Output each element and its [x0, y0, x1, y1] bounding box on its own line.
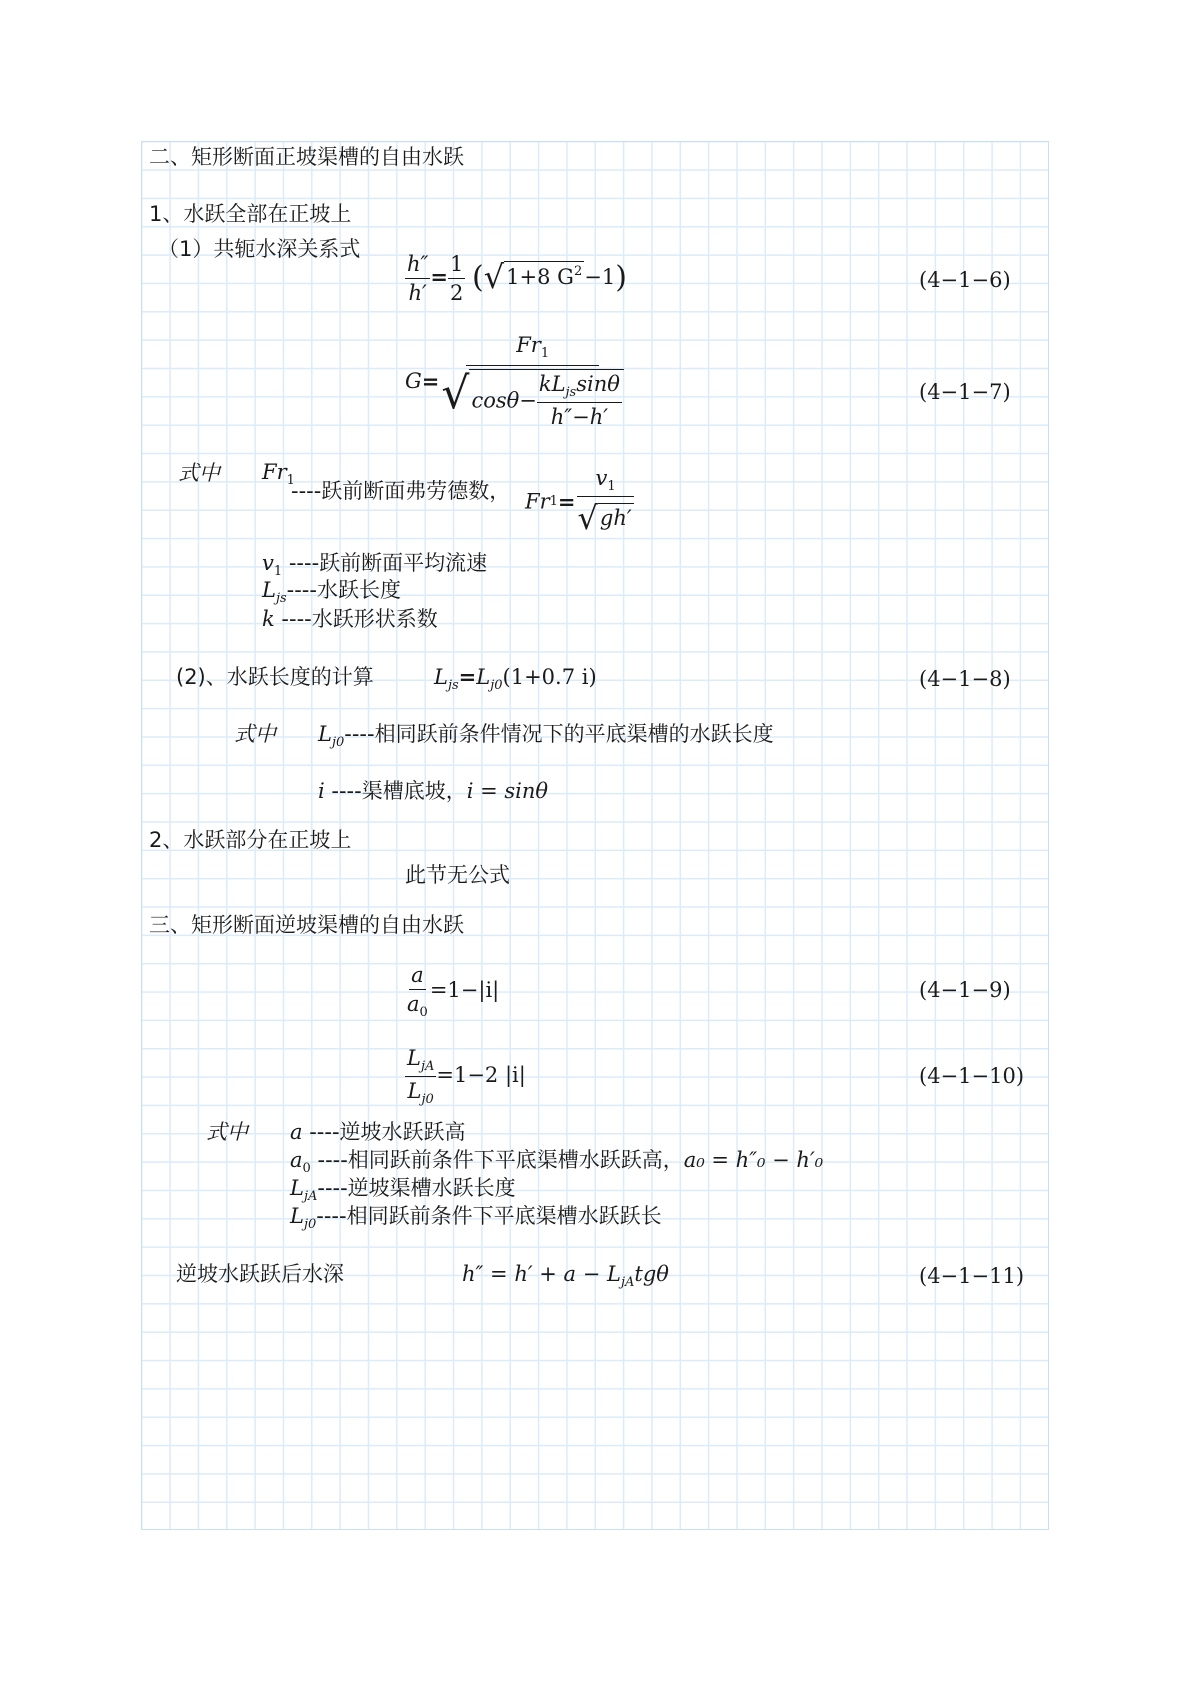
- k-description: ----水跃形状系数: [275, 607, 438, 631]
- fr1-def-sub: 1: [550, 494, 558, 509]
- eq6-half-den: 2: [448, 279, 465, 305]
- equation-number-4-1-7: (4−1−7): [919, 380, 1011, 404]
- item-title-conjugate-depth: （1）共轭水深关系式: [158, 239, 360, 260]
- eq8-equals: =: [459, 664, 477, 689]
- eq10-rhs: =1−2 |i|: [436, 1063, 525, 1087]
- eq8-rhs: L: [476, 665, 490, 689]
- eq9-den-sub: 0: [420, 1005, 428, 1020]
- eq10-den: L: [408, 1079, 422, 1103]
- a0-definition: a₀ = h″₀ − h′₀: [684, 1148, 823, 1172]
- lj0-symbol: L: [318, 722, 332, 746]
- eq7-equals: =: [422, 368, 440, 393]
- fr1-def-den: gh′: [598, 503, 634, 530]
- fr1-definition: Fr1=v1√gh′: [525, 466, 636, 537]
- a0-symbol: a: [290, 1148, 303, 1172]
- eq7-num: Fr: [516, 333, 541, 357]
- ljs-symbol: L: [262, 578, 276, 602]
- eq11-formula-a: h″ = h′ + a − L: [462, 1262, 621, 1286]
- equation-4-1-11: h″ = h′ + a − LjAtgθ: [462, 1262, 669, 1290]
- eq6-sqrt-body: 1+8 G: [506, 265, 574, 289]
- def-fr1: Fr1: [262, 462, 295, 487]
- equation-4-1-6: h″h′=12 (√1+8 G2−1): [405, 252, 627, 305]
- ljs-sub: js: [276, 591, 287, 606]
- eq6-half-num: 1: [448, 252, 465, 279]
- eq10-num-sub: jA: [421, 1059, 434, 1074]
- equation-4-1-10: LjALj0=1−2 |i|: [405, 1046, 526, 1107]
- fr1-description: ----跃前断面弗劳德数，: [291, 481, 510, 502]
- a0-description: ----相同跃前条件下平底渠槽水跃跃高，: [311, 1148, 684, 1172]
- def-v1: v1 ----跃前断面平均流速: [262, 553, 487, 578]
- fr1-def-lhs: Fr: [525, 490, 550, 514]
- a0-sub: 0: [303, 1161, 311, 1176]
- i-description: ----渠槽底坡，: [325, 779, 467, 803]
- eq9-num: a: [409, 963, 426, 990]
- eq9-rhs: =1−|i|: [430, 978, 499, 1002]
- sqrt-icon: √: [578, 499, 598, 537]
- lja-description: ----逆坡渠槽水跃长度: [317, 1176, 515, 1200]
- eq6-close-paren: ): [615, 260, 627, 295]
- eq11-formula-b: tgθ: [634, 1262, 669, 1286]
- eq6-equals: =: [430, 264, 448, 289]
- eq8-rhs-sub: j0: [490, 678, 502, 693]
- equation-4-1-7: G= Fr1 √cosθ−kLjssinθh″−h′: [405, 333, 626, 429]
- eq6-tail: −1: [584, 265, 615, 289]
- lj0-2-sub: j0: [304, 1217, 316, 1232]
- a-symbol: a: [290, 1120, 303, 1144]
- no-formula-note: 此节无公式: [405, 865, 510, 886]
- eq8-lhs: L: [434, 665, 448, 689]
- i-definition: i = sinθ: [467, 779, 548, 803]
- sqrt-icon: √: [484, 258, 504, 296]
- def-a0: a0 ----相同跃前条件下平底渠槽水跃跃高，a₀ = h″₀ − h′₀: [290, 1150, 823, 1175]
- section-title-3: 三、矩形断面逆坡渠槽的自由水跃: [149, 915, 464, 936]
- item-title-jump-length: (2)、水跃长度的计算: [176, 667, 374, 688]
- where-label-1: 式中: [178, 463, 220, 484]
- eq7-inner-sub: js: [566, 385, 577, 400]
- subsection-title-2: 2、水跃部分在正坡上: [149, 830, 351, 851]
- equation-number-4-1-8: (4−1−8): [919, 667, 1011, 691]
- equation-4-1-9: aa0=1−|i|: [405, 963, 499, 1020]
- eq6-open-paren: (: [472, 260, 484, 295]
- v1-symbol: v: [262, 551, 274, 575]
- lj0-2-symbol: L: [290, 1204, 304, 1228]
- v1-description: ----跃前断面平均流速: [282, 551, 487, 575]
- def-ljs: Ljs----水跃长度: [262, 580, 401, 605]
- equation-number-4-1-11: (4−1−11): [919, 1264, 1024, 1288]
- lj0-description: ----相同跃前条件情况下的平底渠槽的水跃长度: [344, 722, 773, 746]
- eq6-lhs-num: h″: [405, 252, 430, 279]
- equation-4-1-8: Ljs=Lj0(1+0.7 i): [434, 664, 597, 693]
- eq6-sqrt-sup: 2: [574, 264, 582, 279]
- k-symbol: k: [262, 607, 275, 631]
- fr1-def-num-sub: 1: [607, 479, 615, 494]
- eq7-lhs: G: [405, 369, 422, 393]
- eq7-inner-tail: sinθ: [576, 372, 620, 396]
- subsection-title-1: 1、水跃全部在正坡上: [149, 204, 351, 225]
- def-lja: LjA----逆坡渠槽水跃长度: [290, 1178, 516, 1203]
- eq7-inner-k: kL: [539, 372, 566, 396]
- lja-sub: jA: [304, 1189, 317, 1204]
- fr1-def-num: v: [595, 466, 607, 490]
- eq7-num-sub: 1: [541, 346, 549, 361]
- where-label-3: 式中: [206, 1122, 248, 1143]
- eq6-lhs-den: h′: [407, 279, 429, 305]
- where-label-2: 式中: [234, 724, 276, 745]
- after-jump-depth-label: 逆坡水跃跃后水深: [176, 1264, 344, 1285]
- v1-sub: 1: [274, 564, 282, 579]
- fr1-def-equals: =: [558, 489, 576, 514]
- i-symbol: i: [318, 779, 325, 803]
- eq10-den-sub: j0: [422, 1092, 434, 1107]
- eq9-den: a: [407, 992, 420, 1016]
- ljs-description: ----水跃长度: [287, 578, 401, 602]
- def-lj0: Lj0----相同跃前条件情况下的平底渠槽的水跃长度: [318, 724, 774, 749]
- lja-symbol: L: [290, 1176, 304, 1200]
- def-i: i ----渠槽底坡，i = sinθ: [318, 781, 548, 802]
- fr1-symbol: Fr: [262, 460, 287, 484]
- def-lj0-2: Lj0----相同跃前条件下平底渠槽水跃跃长: [290, 1206, 662, 1231]
- def-a: a ----逆坡水跃跃高: [290, 1122, 466, 1143]
- sqrt-icon: √: [441, 368, 469, 419]
- section-title-2: 二、矩形断面正坡渠槽的自由水跃: [149, 147, 464, 168]
- equation-number-4-1-10: (4−1−10): [919, 1064, 1024, 1088]
- eq8-paren: (1+0.7 i): [503, 665, 597, 689]
- lj0-sub: j0: [332, 735, 344, 750]
- eq7-sqrt-a: cosθ−: [471, 388, 536, 412]
- eq11-formula-sub: jA: [621, 1275, 634, 1290]
- equation-number-4-1-6: (4−1−6): [919, 268, 1011, 292]
- equation-number-4-1-9: (4−1−9): [919, 978, 1011, 1002]
- def-k: k ----水跃形状系数: [262, 609, 438, 630]
- eq10-num: L: [407, 1046, 421, 1070]
- eq7-inner-den: h″−h′: [549, 403, 610, 429]
- a-description: ----逆坡水跃跃高: [303, 1120, 466, 1144]
- eq8-lhs-sub: js: [448, 678, 459, 693]
- lj0-2-description: ----相同跃前条件下平底渠槽水跃跃长: [316, 1204, 661, 1228]
